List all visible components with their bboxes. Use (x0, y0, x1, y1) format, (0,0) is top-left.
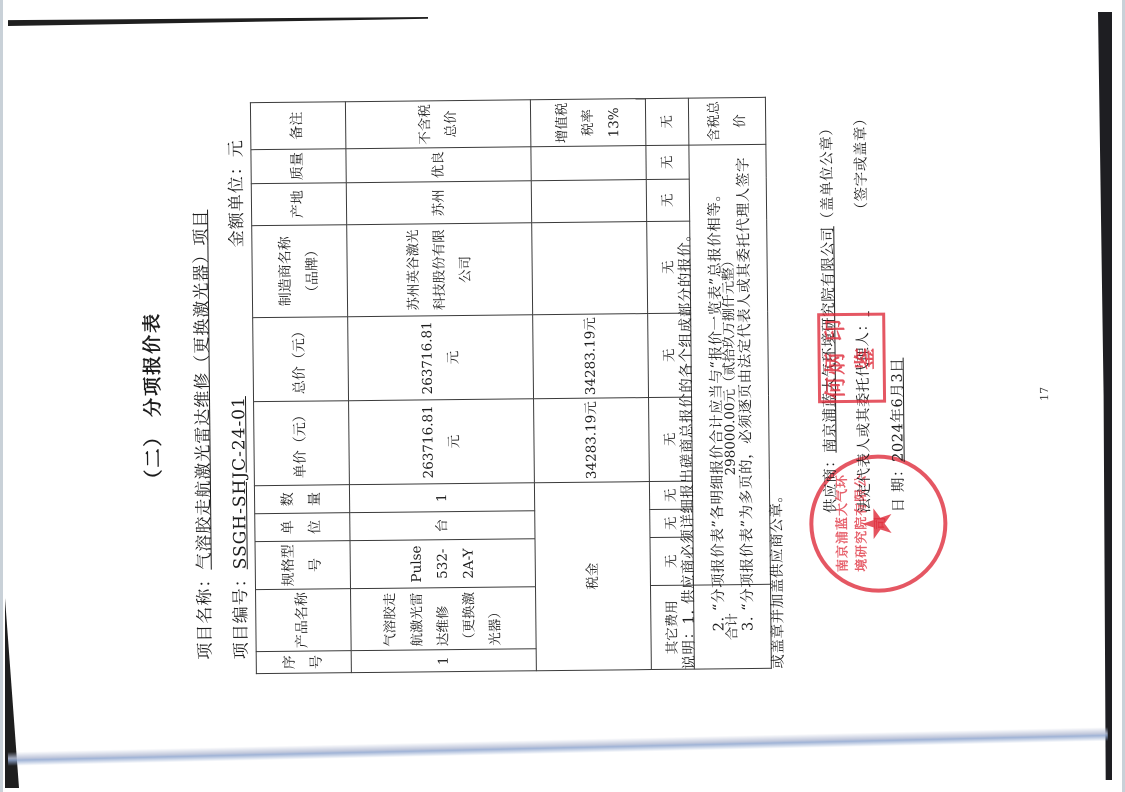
project-name-suffix: 项目 (191, 210, 211, 246)
project-no-line: 项目编号：SSGH-SHJC-24-01 (224, 396, 252, 659)
page-title: （二） 分项报价表 (134, 50, 168, 750)
personal-seal: 何炳 印鉴 (817, 313, 886, 404)
representative-note: （签字或盖章） (853, 111, 870, 217)
project-no: SSGH-SHJC-24-01 (229, 396, 251, 569)
tax-label: 税金 (534, 482, 651, 671)
tax-quality (531, 146, 646, 181)
tax-unit-price: 34283.19元 (534, 398, 650, 483)
notes-section: 说明：1. 供应商必须详细报出磋商总报价的各个组成部分的报价。 2. “分项报价… (670, 69, 795, 670)
header-quality: 质量 (251, 149, 346, 184)
cell-product: 气溶胶走航激光雷达维修（更换激光器） (351, 587, 537, 651)
tax-remark: 增值税税率13% (530, 99, 645, 147)
tax-origin (531, 180, 646, 223)
currency-unit: 金额单位：元 (221, 139, 247, 247)
supplier-line: 供应商：南京浦蓝大气环境研究院有限公司（盖单位公章） (810, 63, 849, 513)
header-product: 产品名称 (256, 589, 352, 652)
scan-shadow-bar (8, 17, 428, 26)
cell-unit: 台 (350, 511, 535, 541)
header-unit: 单位 (255, 513, 350, 542)
project-name-line: 项目名称：气溶胶走航激光雷达维修（更换激光器）项目 (186, 210, 216, 660)
document-page: （二） 分项报价表 项目名称：气溶胶走航激光雷达维修（更换激光器）项目 项目编号… (24, 40, 1091, 751)
cell-remark: 不含税总价 (345, 100, 530, 149)
header-qty: 数量 (254, 485, 349, 514)
cell-qty: 1 (349, 483, 534, 513)
table-header-row: 序号 产品名称 规格型号 单位 数量 单价（元） 总价（元） 制造商名称（品牌）… (250, 102, 351, 674)
cell-origin: 苏州 (346, 181, 531, 225)
tax-manufacturer (532, 222, 648, 315)
header-remark: 备注 (250, 102, 345, 150)
date-value: 2024年6月3日 (890, 358, 907, 462)
note-item: 或盖章并加盖供应商公章。 (759, 69, 795, 669)
page-number: 17 (1038, 387, 1051, 401)
header-model: 规格型号 (255, 541, 350, 590)
representative-line: 法定代表人或其委托代理人： （签字或盖章） (844, 63, 883, 513)
scan-edge-left (0, 0, 3, 792)
notes-lead: 说明： (681, 624, 697, 669)
tax-total-price: 34283.19元 (533, 314, 649, 399)
header-seq: 序号 (256, 651, 351, 674)
header-origin: 产地 (251, 183, 346, 226)
project-name-label: 项目名称： (195, 570, 216, 660)
cell-total-price: 263716.81元 (348, 315, 534, 401)
signature-block: 供应商：南京浦蓝大气环境研究院有限公司（盖单位公章） 法定代表人或其委托代理人：… (810, 62, 917, 513)
cell-seq: 1 (351, 649, 536, 673)
table-row: 1 气溶胶走航激光雷达维修（更换激光器） Pulse 532-2A-Y 台 1 … (345, 100, 536, 673)
project-no-label: 项目编号： (231, 569, 252, 659)
header-unit-price: 单价（元） (254, 401, 350, 486)
header-total-price: 总价（元） (253, 317, 349, 402)
tax-row: 税金 34283.19元 34283.19元 增值税税率13% (530, 99, 651, 671)
cell-manufacturer: 苏州英谷激光科技股份有限公司 (347, 223, 533, 317)
header-manufacturer: 制造商名称（品牌） (252, 225, 348, 318)
cell-quality: 优良 (346, 147, 531, 183)
date-line: 日 期：2024年6月3日 (878, 62, 917, 512)
cell-unit-price: 263716.81元 (349, 399, 535, 485)
project-name: 气溶胶走航激光雷达维修（更换激光器） (191, 246, 214, 570)
supplier-note: （盖单位公章） (819, 120, 836, 226)
scan-shadow-bar (1098, 12, 1112, 780)
cell-model: Pulse 532-2A-Y (350, 539, 535, 589)
